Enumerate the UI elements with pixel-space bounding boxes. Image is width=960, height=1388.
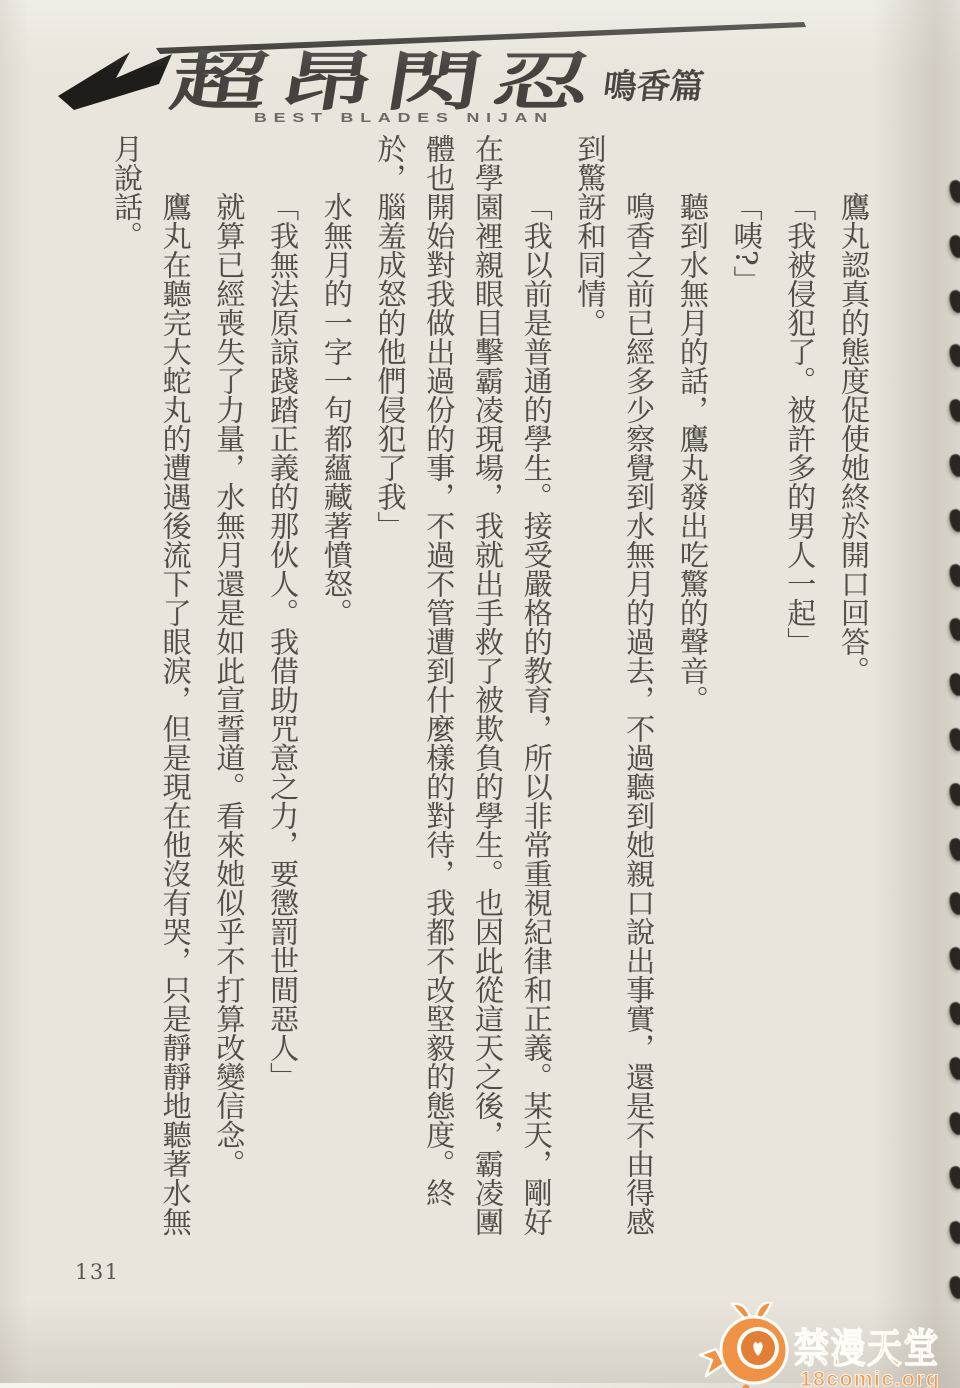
binding-hole xyxy=(947,836,960,862)
binding-hole xyxy=(947,562,960,588)
watermark: 禁漫天堂 18comic.org xyxy=(690,1302,946,1388)
binding-hole xyxy=(947,1110,960,1136)
binding-hole xyxy=(947,1275,960,1301)
binding-hole xyxy=(947,507,960,533)
binding-hole xyxy=(947,946,960,972)
paragraph: 「我被侵犯了。被許多的男人一起」 xyxy=(776,134,825,1256)
lightning-swoosh-icon xyxy=(58,52,172,110)
binding-hole xyxy=(947,1055,960,1081)
binding-hole xyxy=(947,343,960,369)
paragraph: 鷹丸認真的態度促使她終於開口回答。 xyxy=(829,134,878,1256)
paragraph: 「咦?」 xyxy=(722,134,771,1256)
logo-title: 超昂閃忍 xyxy=(165,45,607,120)
paragraph: 鳴香之前已經多少察覺到水無月的過去，不過聽到她親口說出事實，還是不由得感到驚訝和… xyxy=(566,134,663,1256)
binding-hole xyxy=(947,1165,960,1191)
binding-hole xyxy=(947,727,960,753)
binding-hole xyxy=(947,1220,960,1246)
binding-hole xyxy=(947,398,960,424)
binding-hole xyxy=(947,288,960,314)
binding-hole xyxy=(947,617,960,643)
watermark-site-url: 18comic.org xyxy=(800,1368,940,1388)
paragraph: 就算已經喪失了力量，水無月還是如此宣誓道。看來她似乎不打算改變信念。 xyxy=(205,134,254,1256)
paragraph: 鷹丸在聽完大蛇丸的遭遇後流下了眼淚，但是現在他沒有哭，只是靜靜地聽著水無月說話。 xyxy=(102,134,199,1256)
binding-hole xyxy=(947,781,960,807)
mascot-icon xyxy=(700,1302,787,1388)
binding-hole xyxy=(947,1001,960,1027)
paragraph: 「我無法原諒踐踏正義的那伙人。我借助咒意之力，要懲罰世間惡人」 xyxy=(258,134,307,1256)
scanned-book-page: 超昂閃忍 鳴香篇 BEST BLADES NIJAN 鷹丸認真的態度促使她終於開… xyxy=(0,0,960,1388)
binding-hole xyxy=(947,453,960,479)
paragraph: 聽到水無月的話，鷹丸發出吃驚的聲音。 xyxy=(668,134,717,1256)
binding-hole xyxy=(947,233,960,259)
logo-subtitle: 鳴香篇 xyxy=(601,67,706,107)
page-number: 131 xyxy=(75,1260,120,1284)
binding-hole xyxy=(947,672,960,698)
binding-hole xyxy=(947,891,960,917)
watermark-site-name: 禁漫天堂 xyxy=(794,1325,940,1372)
body-text: 鷹丸認真的態度促使她終於開口回答。 「我被侵犯了。被許多的男人一起」 「咦?」 … xyxy=(102,134,878,1256)
series-logo: 超昂閃忍 鳴香篇 BEST BLADES NIJAN xyxy=(56,16,856,128)
binding-hole xyxy=(947,179,960,205)
paragraph: 「我以前是普通的學生。接受嚴格的教育，所以非常重視紀律和正義。某天，剛好在學園裡… xyxy=(366,134,561,1256)
logo-tagline: BEST BLADES NIJAN xyxy=(254,110,554,125)
paragraph: 水無月的一字一句都蘊藏著憤怒。 xyxy=(312,134,361,1256)
